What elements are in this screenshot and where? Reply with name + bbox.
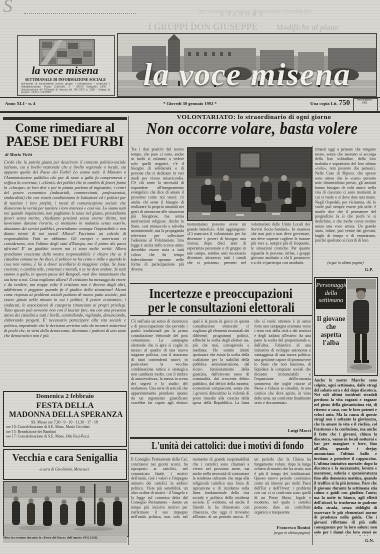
cattolici-continued: (segue in ultima pagina): [232, 531, 310, 536]
cattolici-body: Il Consiglio Permanente della Cei, concl…: [131, 457, 311, 523]
masthead-box-title: la voce misena: [18, 65, 112, 77]
furbi-headline-line2: PAESE DEI FURBI: [3, 134, 127, 151]
column-rule-right: [312, 146, 313, 545]
cattolici-rule-bottom: [130, 453, 312, 454]
dateline-stamp-box: Abbonamento 1992: [353, 98, 378, 112]
price-value: 750: [339, 99, 350, 107]
volontariato-signature: G.P.: [315, 267, 373, 273]
dateline-issue: Anno XLI - n. 4: [5, 101, 85, 108]
festa-announcement-box: Domenica 2 febbraio FESTA DELLA MADONNA …: [3, 391, 127, 447]
elezioni-headline-line2: per le consultazioni elettorali: [130, 300, 312, 316]
elezioni-body: C'è nell'aria un senso di incertezza e d…: [131, 319, 311, 427]
elezioni-rule-bottom: [130, 315, 312, 316]
street-photo: [3, 481, 129, 537]
personaggio-photo: [347, 279, 376, 373]
volontariato-continued: (segue in ultima pagina): [315, 261, 376, 266]
festa-schedule: SS. Messe ore 7,30 - 9 - 10 - 11,30 - 17…: [6, 420, 123, 444]
volontariato-headline: Non occorre volare, basta volere: [126, 119, 378, 139]
dateline-price: Una copia Lit. 750: [276, 98, 350, 110]
personaggio-article: Anche le nostre Marche sono colpite, ogn…: [314, 378, 377, 536]
street-photo-caption: Misa in costume durante la «Festa del Du…: [3, 536, 127, 543]
cattolici-rule-top: [130, 437, 312, 439]
masthead-box-photo: [39, 39, 95, 66]
masthead-banner: la voce misena: [117, 33, 377, 97]
vecchia-title: Vecchia e cara Senigallia: [4, 453, 126, 464]
stamp-line2: 1992: [354, 102, 375, 105]
dateline-date: * Giovedì 30 gennaio 1992 *: [130, 101, 250, 108]
masthead-box-fineprint: Spedizione in abbonamento postale gruppo…: [21, 83, 110, 94]
dateline-rule-bottom: [0, 111, 380, 113]
festa-title-line2: MADONNA DELLA SPERANZA: [4, 409, 126, 419]
volontariato-photo: [187, 147, 312, 221]
newspaper-front-page: S Don Giovanni Orsini istituisce i Minis…: [0, 0, 380, 554]
cattolici-headline: L'unità dei cattolici: due i motivi di f…: [130, 440, 312, 452]
volontariato-col-below: momentaneo possono avere un grande benef…: [187, 222, 310, 280]
masthead-info-box: la voce misena SETTIMANALE DI INFORMAZIO…: [17, 35, 115, 96]
personaggio-signature: G.N.: [314, 538, 374, 544]
elezioni-rule-top: [130, 283, 312, 284]
ghost-headline-left: I GRUPPI DON GIUSEPPE: [148, 22, 258, 32]
furbi-byline: di Mario Vichi: [5, 152, 95, 158]
elezioni-signature: Luigi Macci: [237, 428, 311, 434]
festa-ore17: ore 17: Concelebrazione di S.E. Mons. Od…: [6, 434, 123, 439]
vecchia-box: Vecchia e cara Senigallia a cura di Giro…: [3, 449, 127, 480]
festa-date: Domenica 2 febbraio: [4, 393, 126, 400]
personaggio-box: Personaggio della settimana Il giovane c…: [314, 277, 378, 376]
volontariato-col-right: rimasti oggi a pensare che vengano meno,…: [315, 147, 376, 259]
personaggio-side-title: Il giovane che aspetta l'alba: [316, 316, 346, 348]
ghost-scan-mark: S: [3, 0, 13, 18]
banner-title: la voce misena: [118, 58, 376, 90]
price-label: Una copia Lit.: [310, 101, 337, 106]
ghost-dotted-rule: [24, 13, 136, 14]
ghost-headline-right: Modifiche al piano: [276, 23, 339, 32]
ghost-top-line: Don Giovanni Orsini istituisce i Ministr…: [150, 9, 360, 15]
personaggio-header: Personaggio della settimana: [316, 279, 346, 309]
vecchia-subtitle: a cura di Girolimini, Mencucci: [6, 467, 123, 474]
volontariato-col-left: Tra i dati positivi del nostro tempo, ch…: [131, 147, 184, 281]
furbi-body: Credo che la parola giusta per descriver…: [4, 160, 126, 388]
